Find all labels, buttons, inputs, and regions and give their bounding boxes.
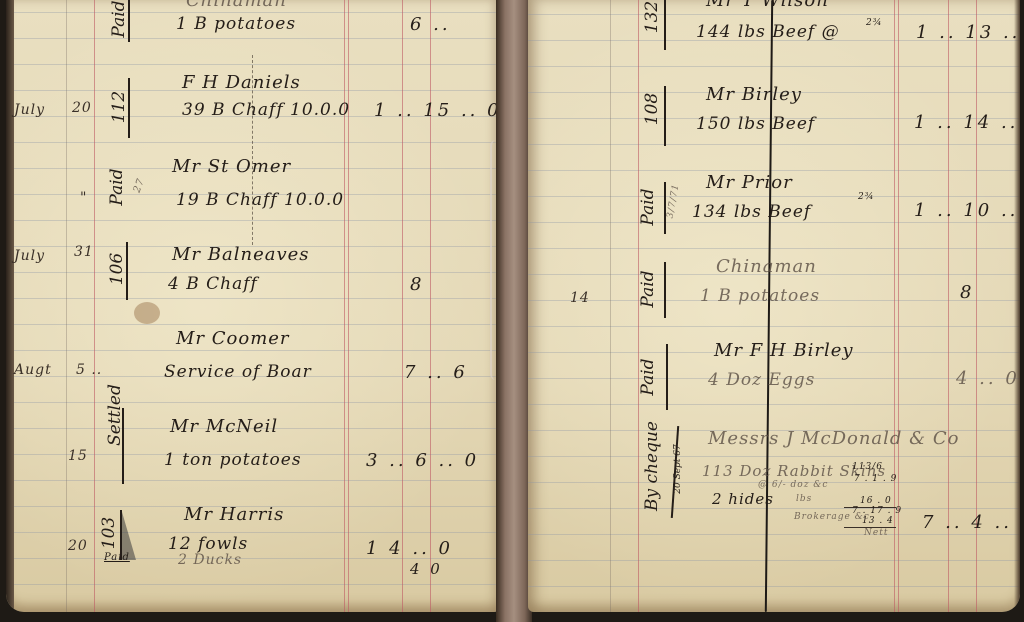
folio-bar — [126, 242, 128, 300]
entry-month: July — [14, 248, 45, 264]
folio-bar — [128, 0, 130, 42]
entry-day: 15 — [68, 448, 88, 464]
entry-amount: 1 .. 10 .. 8½ — [914, 200, 1020, 221]
entry-day: 31 — [74, 244, 94, 260]
entry-amount-2: 4 0 — [410, 560, 443, 578]
entry-month: July — [14, 102, 45, 118]
status-paid: Paid — [637, 187, 659, 227]
folio-bar — [664, 182, 666, 234]
status-paid: Paid — [637, 269, 659, 309]
sub-calc: 16 . 0 — [860, 496, 892, 506]
entry-item-note: @ 6/- doz &c — [758, 480, 828, 490]
status-paid: Paid — [108, 0, 130, 44]
entry-name: Mr F H Birley — [714, 340, 854, 361]
entry-day: " — [80, 190, 87, 206]
sub-calc: 113/6 — [852, 462, 883, 472]
entry-name: Mr Balneaves — [172, 244, 310, 265]
entry-name: Mr T Wilson — [706, 0, 829, 11]
folio-bar — [122, 408, 124, 484]
entry-name: Mr Prior — [706, 172, 793, 193]
entry-amount: 8 — [410, 274, 424, 295]
entry-item: 12 fowls — [168, 534, 248, 554]
right-ledger-page: 132 Mr T Wilson 144 lbs Beef @ 2¾ 1 .. 1… — [528, 0, 1020, 612]
entry-item: 1 B potatoes — [700, 286, 820, 306]
entry-item: 144 lbs Beef @ — [696, 22, 840, 42]
entry-name: Messrs J McDonald & Co — [708, 428, 960, 449]
entry-amount: 6 .. — [410, 14, 451, 35]
entry-day: 5 .. — [76, 362, 102, 378]
entry-amount: 1 4 .. 0 — [366, 538, 453, 559]
page-edge — [6, 0, 14, 612]
entry-amount: 4 .. 0 — [956, 368, 1020, 389]
entry-item: 4 B Chaff — [168, 274, 258, 294]
entry-amount: 7 .. 4 .. 5 — [922, 512, 1020, 533]
status-paid: Paid — [106, 162, 128, 212]
book-spine-gutter — [496, 0, 532, 622]
entry-item: 1 ton potatoes — [164, 450, 302, 470]
entry-item: 39 B Chaff 10.0.0 — [182, 100, 350, 120]
entry-name: Mr Birley — [706, 84, 802, 105]
status-paid: Paid — [104, 552, 130, 563]
folio-number: 106 — [106, 244, 128, 294]
entry-rate: 2¾ — [866, 18, 882, 28]
folio-number: 112 — [108, 82, 130, 132]
folio-bar — [664, 86, 666, 146]
entry-name: Mr McNeil — [170, 416, 278, 437]
entry-name: F H Daniels — [182, 72, 301, 93]
entry-day: 14 — [570, 290, 590, 306]
status-note: 27 — [132, 177, 147, 195]
stain — [134, 302, 160, 324]
entry-item: 1 B potatoes — [176, 14, 296, 34]
entry-month: Augt — [14, 362, 52, 378]
folio-bar — [664, 262, 666, 318]
entry-name: Mr Harris — [184, 504, 284, 525]
folio-bar — [664, 0, 666, 50]
sub-calc: 7 . 1 . 9 — [854, 474, 897, 484]
entry-rate: 2¾ — [858, 192, 874, 202]
entry-amount: 1 .. 13 .. 0 — [916, 22, 1020, 43]
brokerage-label: Brokerage &c — [794, 512, 870, 522]
entry-name: Mr Coomer — [176, 328, 290, 349]
entry-item: 19 B Chaff 10.0.0 — [176, 190, 344, 210]
entry-item-2: 2 Ducks — [178, 552, 242, 568]
entry-name: Mr St Omer — [172, 156, 291, 177]
folio-number: 132 — [641, 0, 663, 37]
folio-number: 108 — [641, 89, 663, 129]
entry-day: 20 — [72, 100, 92, 116]
entry-item: Service of Boar — [164, 362, 312, 382]
entry-amount: 3 .. 6 .. 0 — [366, 450, 479, 471]
entry-item: 134 lbs Beef — [692, 202, 811, 222]
entry-item-2: 2 hides — [712, 490, 774, 508]
entry-amount: 1 .. 15 .. 0 — [374, 100, 500, 121]
entry-amount: 7 .. 6 — [404, 362, 468, 383]
status-paid: Paid — [637, 357, 659, 397]
entry-item: 150 lbs Beef — [696, 114, 815, 134]
folio-number: 103 — [98, 508, 120, 558]
entry-item-2-note: lbs — [796, 494, 812, 504]
folio-bar — [128, 78, 130, 138]
left-ledger-page: Paid Chinaman 1 B potatoes 6 .. July 20 … — [6, 0, 500, 612]
entry-day: 20 — [68, 538, 88, 554]
entry-amount: 1 .. 14 .. 4½ — [914, 112, 1020, 133]
status-by-cheque: By cheque — [641, 431, 663, 511]
nett-label: Nett — [864, 528, 888, 538]
status-note: 3/7/71 — [666, 183, 682, 219]
entry-name: Chinaman — [716, 256, 817, 277]
page-edge — [1014, 0, 1020, 612]
entry-name: Chinaman — [186, 0, 287, 11]
ledger-book: Paid Chinaman 1 B potatoes 6 .. July 20 … — [0, 0, 1024, 622]
folio-bar — [666, 344, 668, 410]
entry-item: 4 Doz Eggs — [708, 370, 815, 390]
entry-amount: 8 — [960, 282, 974, 303]
